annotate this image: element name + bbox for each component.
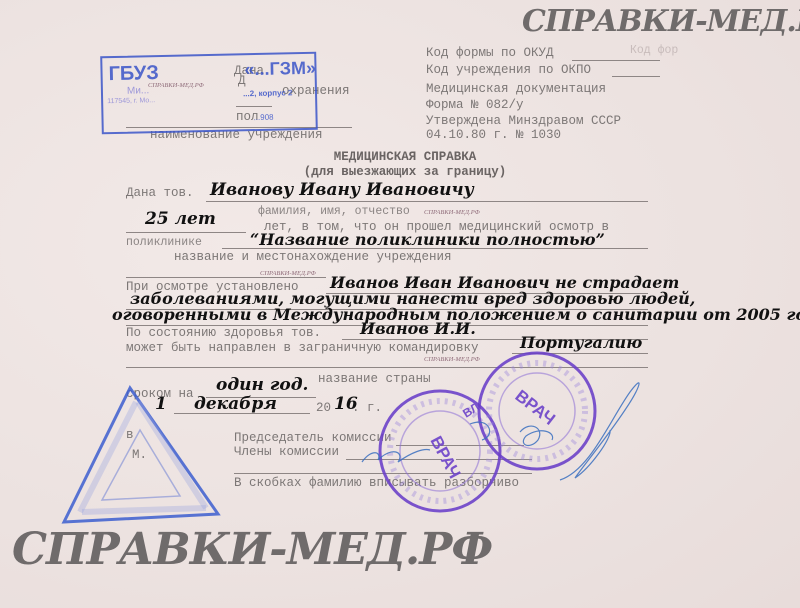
form-number: Форма № 082/у	[426, 98, 524, 112]
chairman-label: Председатель комиссии	[234, 431, 392, 445]
age-line	[126, 232, 246, 233]
country-line-short	[512, 353, 648, 354]
country-value: Португалию	[520, 333, 642, 352]
faded-text: Код фор	[630, 44, 678, 57]
stamp-line-6: ...908	[253, 113, 273, 122]
watermark-bottom-left: СПРАВКИ-МЕД.РФ	[12, 524, 492, 575]
small-watermark: СПРАВКИ-МЕД.РФ	[424, 356, 480, 363]
okpo-label: Код учреждения по ОКПО	[426, 63, 591, 77]
small-watermark: СПРАВКИ-МЕД.РФ	[260, 270, 316, 277]
stamp-line-3: Ми...	[127, 85, 149, 96]
given-label: Дана тов.	[126, 186, 194, 200]
given-value: Иванову Ивану Ивановичу	[210, 180, 474, 200]
document-subtitle: (для выезжающих за границу)	[0, 165, 800, 179]
health-value: Иванов И.И.	[360, 319, 476, 338]
date-suffix: . г.	[352, 401, 382, 415]
member-signature-line-2	[456, 459, 532, 460]
doctor-stamp-right: ВРАЧ	[479, 353, 595, 469]
date-month: декабря	[194, 394, 277, 414]
clinic-line	[222, 248, 648, 249]
fio-caption: фамилия, имя, отчество	[258, 205, 410, 218]
left-frag-1: в	[126, 428, 134, 442]
institution-stamp: ГБУЗ «...ГЗМ» Ми... 117545, г. Мо... ...…	[100, 52, 318, 135]
approval-date: 04.10.80 г. № 1030	[426, 128, 561, 142]
doctor-stamp-left: ВРАЧ ВЛ	[380, 391, 500, 511]
clinic-caption: название и местонахождение учреждения	[174, 250, 452, 264]
signature	[362, 383, 639, 480]
members-line	[234, 473, 532, 474]
stamp-line-4: 117545, г. Мо...	[107, 97, 155, 105]
age-value: 25 лет	[145, 209, 216, 229]
trip-label: может быть направлен в заграничную коман…	[126, 341, 479, 355]
watermark-top-right: СПРАВКИ-МЕД.РФ	[522, 4, 800, 39]
member-signature-line-1	[346, 459, 442, 460]
chairman-signature-line	[396, 445, 524, 446]
doc-type: Медицинская документация	[426, 82, 606, 96]
okud-line	[572, 60, 660, 61]
clinic-value: “Название поликлиники полностью”	[250, 230, 605, 249]
date-day: 1	[155, 394, 167, 414]
okpo-line	[612, 76, 660, 77]
document-title: МЕДИЦИНСКАЯ СПРАВКА	[0, 150, 800, 164]
stamp-text-fragment: ВЛ	[460, 400, 482, 421]
exam-line-top	[126, 277, 326, 278]
okud-label: Код формы по ОКУД	[426, 46, 554, 60]
small-watermark: СПРАВКИ-МЕД.РФ	[148, 82, 204, 89]
approved-by: Утверждена Минздравом СССР	[426, 114, 621, 128]
left-frag-2: М.	[132, 448, 147, 462]
term-value: один год.	[216, 375, 308, 395]
clinic-label: поликлинике	[126, 236, 202, 249]
stamp-text-vrach: ВРАЧ	[512, 386, 559, 429]
country-caption: название страны	[318, 372, 431, 386]
stamp-line-5: ...2, корпус 2	[243, 88, 293, 98]
date-year-prefix: 20	[316, 401, 331, 415]
stamp-text-vrach: ВРАЧ	[426, 433, 464, 482]
stamp-line-2: «...ГЗМ»	[244, 58, 316, 80]
given-line	[206, 201, 648, 202]
date-line	[174, 413, 310, 414]
small-watermark: СПРАВКИ-МЕД.РФ	[424, 209, 480, 216]
footnote: В скобках фамилию вписывать разборчиво	[234, 476, 519, 490]
health-label: По состоянию здоровья тов.	[126, 326, 321, 340]
members-label: Члены комиссии	[234, 445, 339, 459]
country-line	[126, 367, 648, 368]
